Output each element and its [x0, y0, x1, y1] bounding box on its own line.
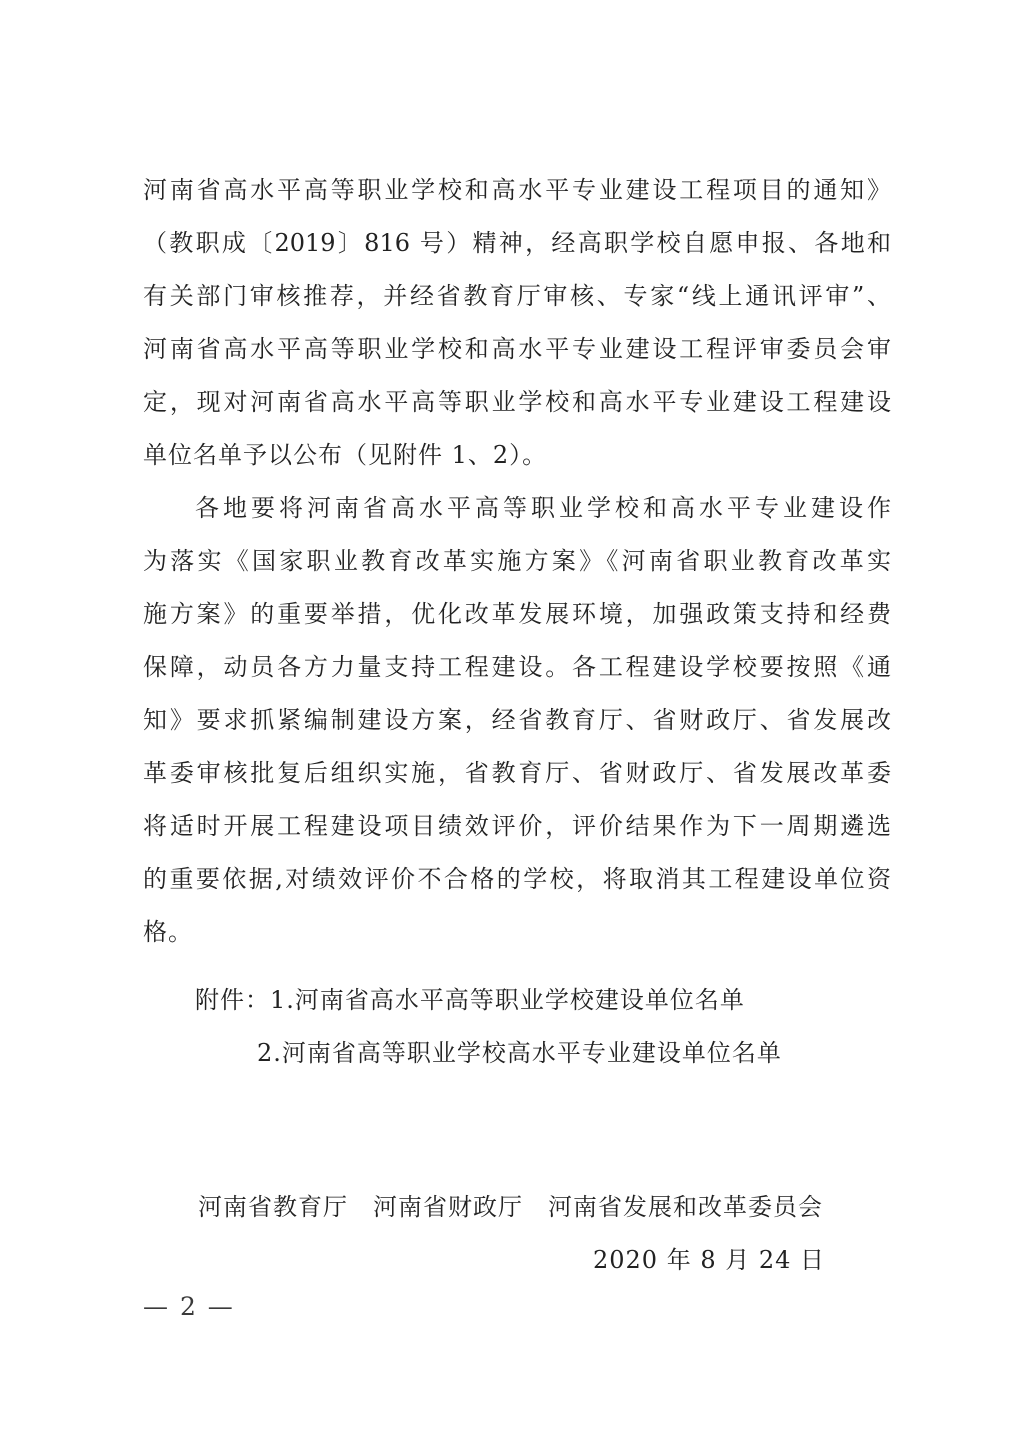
signature-date: 2020 年 8 月 24 日 — [143, 1234, 891, 1287]
body-line: 革委审核批复后组织实施，省教育厅、省财政厅、省发展改革委 — [143, 747, 891, 800]
body-line: （教职成〔2019〕816 号）精神，经高职学校自愿申报、各地和 — [143, 217, 891, 270]
attachment-line-1: 附件：1.河南省高水平高等职业学校建设单位名单 — [143, 974, 891, 1027]
paragraph-2: 各地要将河南省高水平高等职业学校和高水平专业建设作 为落实《国家职业教育改革实施… — [143, 482, 891, 959]
body-line: 定，现对河南省高水平高等职业学校和高水平专业建设工程建设 — [143, 376, 891, 429]
body-line: 单位名单予以公布（见附件 1、2）。 — [143, 429, 891, 482]
body-line: 格。 — [143, 906, 891, 959]
page-number: — 2 — — [143, 1292, 235, 1321]
body-line: 河南省高水平高等职业学校和高水平专业建设工程评审委员会审 — [143, 323, 891, 376]
attachments-section: 附件：1.河南省高水平高等职业学校建设单位名单 2.河南省高等职业学校高水平专业… — [143, 974, 891, 1080]
body-line: 将适时开展工程建设项目绩效评价，评价结果作为下一周期遴选 — [143, 800, 891, 853]
signature-section: 河南省教育厅 河南省财政厅 河南省发展和改革委员会 2020 年 8 月 24 … — [143, 1181, 891, 1287]
signature-agencies: 河南省教育厅 河南省财政厅 河南省发展和改革委员会 — [143, 1181, 891, 1234]
body-line: 有关部门审核推荐，并经省教育厅审核、专家“线上通讯评审”、 — [143, 270, 891, 323]
body-line: 为落实《国家职业教育改革实施方案》《河南省职业教育改革实 — [143, 535, 891, 588]
document-page: 河南省高水平高等职业学校和高水平专业建设工程项目的通知》 （教职成〔2019〕8… — [0, 0, 1024, 1448]
paragraph-1: 河南省高水平高等职业学校和高水平专业建设工程项目的通知》 （教职成〔2019〕8… — [143, 164, 891, 482]
body-line: 各地要将河南省高水平高等职业学校和高水平专业建设作 — [143, 482, 891, 535]
body-line: 施方案》的重要举措，优化改革发展环境，加强政策支持和经费 — [143, 588, 891, 641]
body-line: 保障，动员各方力量支持工程建设。各工程建设学校要按照《通 — [143, 641, 891, 694]
attachment-line-2: 2.河南省高等职业学校高水平专业建设单位名单 — [143, 1027, 891, 1080]
document-body: 河南省高水平高等职业学校和高水平专业建设工程项目的通知》 （教职成〔2019〕8… — [143, 164, 891, 1287]
body-line: 知》要求抓紧编制建设方案，经省教育厅、省财政厅、省发展改 — [143, 694, 891, 747]
body-line: 的重要依据,对绩效评价不合格的学校，将取消其工程建设单位资 — [143, 853, 891, 906]
body-line: 河南省高水平高等职业学校和高水平专业建设工程项目的通知》 — [143, 164, 891, 217]
